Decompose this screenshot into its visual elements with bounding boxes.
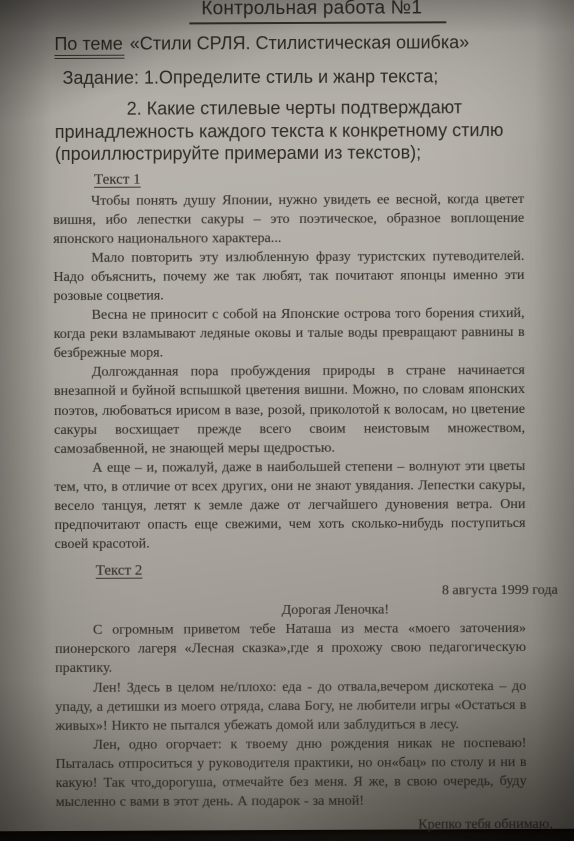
text2-paragraph-1: С огромным приветом тебе Наташа из места… xyxy=(55,619,526,678)
text1-paragraph-2: Мало повторить эту излюбленную фразу тур… xyxy=(53,247,524,306)
document-photo: Контрольная работа №1 По теме «Стили СРЛ… xyxy=(0,0,574,841)
text2-heading: Текст 2 xyxy=(96,559,526,581)
task-1: Задание: 1.Определите стиль и жанр текст… xyxy=(63,65,524,89)
page-title-text: Контрольная работа №1 xyxy=(189,0,446,24)
text1-paragraph-5: А еще – и, пожалуй, даже в наибольшей ст… xyxy=(54,457,525,555)
text1-heading: Текст 1 xyxy=(94,167,524,189)
text1-paragraph-3: Весна не приносит с собой на Японские ос… xyxy=(54,304,525,363)
letter-salutation: Дорогая Леночка! xyxy=(145,600,526,621)
task-2: 2. Какие стилевые черты подтверждают при… xyxy=(55,96,524,166)
text1-paragraph-1: Чтобы понять душу Японии, нужно увидеть … xyxy=(53,189,524,248)
topic-text: «Стили СРЛЯ. Стилистическая ошибка» xyxy=(130,32,469,53)
letter-date: 8 августа 1999 года xyxy=(55,581,558,602)
text2-paragraph-2: Лен! Здесь в целом не/плохо: еда - до от… xyxy=(55,677,526,736)
task-2-line-2: принадлежность каждого текста к конкретн… xyxy=(55,118,524,143)
task-2-line-1: 2. Какие стилевые черты подтверждают xyxy=(55,96,524,121)
letter-signoff: Крепко тебя обнимаю, xyxy=(56,815,553,836)
topic-label: По теме xyxy=(54,33,125,59)
text2-paragraph-3: Лен, одно огорчает: к твоему дню рождени… xyxy=(55,734,526,812)
text1-paragraph-4: Долгожданная пора пробуждения природы в … xyxy=(54,361,525,459)
paper-page: Контрольная работа №1 По теме «Стили СРЛ… xyxy=(0,0,574,831)
topic-line: По теме «Стили СРЛЯ. Стилистическая ошиб… xyxy=(54,31,523,59)
task-2-line-3: (проиллюстрируйте примерами из текстов); xyxy=(55,141,524,166)
page-title: Контрольная работа №1 xyxy=(112,0,523,25)
page-content: Контрольная работа №1 По теме «Стили СРЛ… xyxy=(0,0,574,837)
